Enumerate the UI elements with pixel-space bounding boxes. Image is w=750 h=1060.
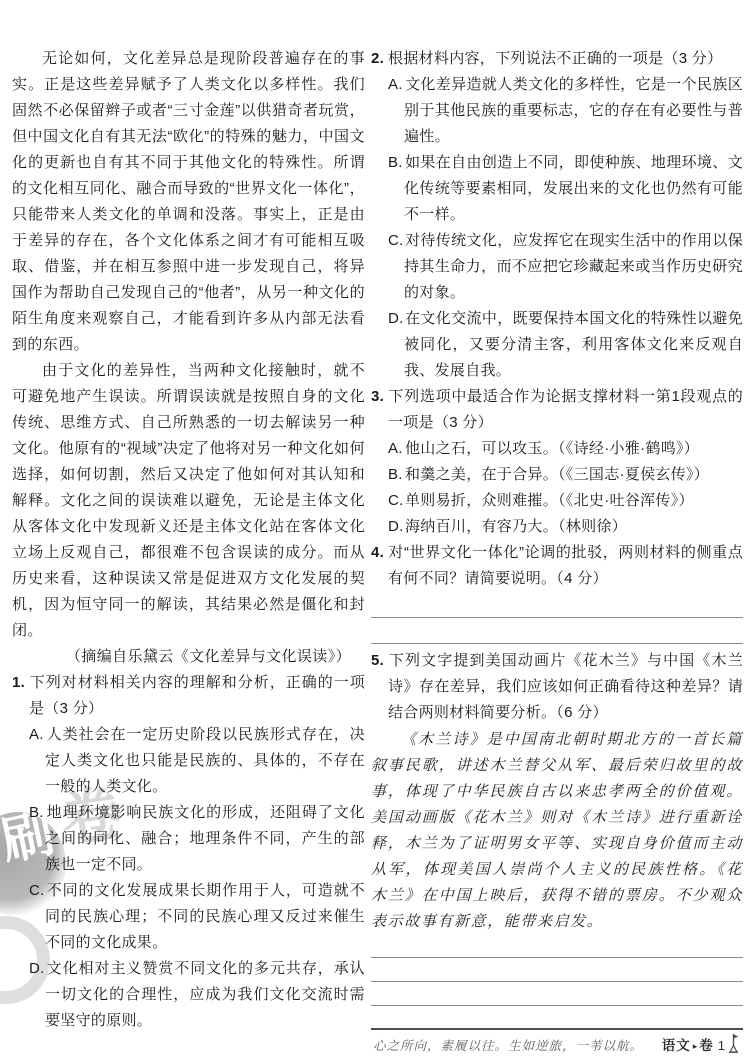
question-5-passage: 《木兰诗》是中国南北朝时期北方的一首长篇叙事民歌，讲述木兰替父从军、最后荣归故里… [371, 726, 743, 934]
question-1-option-d: D.文化相对主义赞赏不同文化的多元共存，承认一切文化的合理性，应成为我们文化交流… [12, 956, 365, 1034]
lighthouse-icon [728, 1033, 739, 1059]
question-2-option-b: B.如果在自由创造上不同，即使种族、地理环境、文化传统等要素相同，发展出来的文化… [371, 150, 743, 228]
option-c-label: C. [29, 878, 46, 904]
question-3-option-b: B.和羹之美，在于合异。（《三国志·夏侯玄传》） [371, 462, 743, 488]
question-4-text: 对“世界文化一体化”论调的批驳，两则材料的侧重点有何不同？请简要说明。（4 分） [388, 544, 743, 587]
option-a-text: 文化差异造就人类文化的多样性，它是一个民族区别于其他民族的重要标志，它的存在有必… [404, 76, 743, 145]
footer-page-label: 语文 ▸ 卷 1 [662, 1033, 739, 1059]
answer-line [371, 934, 743, 958]
material-paragraph-1: 无论如何，文化差异总是现阶段普遍存在的事实。正是这些差异赋予了人类文化以多样性。… [12, 46, 365, 358]
left-column: 无论如何，文化差异总是现阶段普遍存在的事实。正是这些差异赋予了人类文化以多样性。… [12, 46, 365, 1034]
option-d-label: D. [29, 956, 46, 982]
option-c-text: 不同的文化发展成果长期作用于人，可造就不同的民族心理；不同的民族心理又反过来催生… [45, 882, 365, 951]
option-b-text: 和羹之美，在于合异。（《三国志·夏侯玄传》） [405, 466, 709, 483]
material-attribution: （摘编自乐黛云《文化差异与文化误读》） [12, 644, 365, 670]
option-a-text: 人类社会在一定历史阶段以民族形式存在，决定人类文化也只能是民族的、具体的，不存在… [45, 726, 365, 795]
question-1: 1.下列对材料相关内容的理解和分析，正确的一项是（3 分） [12, 670, 365, 722]
answer-line [371, 618, 743, 644]
question-4-number: 4. [371, 540, 388, 566]
question-5-text: 下列文字提到美国动画片《花木兰》与中国《木兰诗》存在差异，我们应该如何正确看待这… [388, 652, 743, 721]
answer-line [371, 958, 743, 982]
question-2-text: 根据材料内容，下列说法不正确的一项是（3 分） [388, 50, 722, 67]
footer-volume-label: 卷 [699, 1036, 713, 1056]
option-c-label: C. [388, 488, 405, 514]
option-a-text: 他山之石，可以攻玉。（《诗经·小雅·鹤鸣》） [405, 440, 699, 457]
question-5-number: 5. [371, 648, 388, 674]
question-4: 4.对“世界文化一体化”论调的批驳，两则材料的侧重点有何不同？请简要说明。（4 … [371, 540, 743, 592]
footer-subject-label: 语文 [662, 1036, 691, 1056]
option-b-label: B. [388, 150, 405, 176]
material-paragraph-2: 由于文化的差异性，当两种文化接触时，就不可避免地产生误读。所谓误读就是按照自身的… [12, 358, 365, 644]
question-3-option-a: A.他山之石，可以攻玉。（《诗经·小雅·鹤鸣》） [371, 436, 743, 462]
right-column: 2.根据材料内容，下列说法不正确的一项是（3 分） A.文化差异造就人类文化的多… [371, 46, 743, 1060]
option-b-label: B. [388, 462, 405, 488]
option-a-label: A. [29, 722, 46, 748]
question-1-number: 1. [12, 670, 29, 696]
question-3: 3.下列选项中最适合作为论据支撑材料一第1段观点的一项是（3 分） [371, 384, 743, 436]
option-c-text: 对待传统文化，应发挥它在现实生活中的作用以保持其生命力，而不应把它珍藏起来或当作… [404, 232, 743, 301]
option-c-label: C. [388, 228, 405, 254]
page-footer: 心之所向，素履以往。生如逆旅，一苇以航。 语文 ▸ 卷 1 [371, 1028, 743, 1060]
option-a-label: A. [388, 72, 405, 98]
question-2-number: 2. [371, 46, 388, 72]
option-d-text: 海纳百川，有容乃大。（林则徐） [405, 518, 627, 535]
answer-line [371, 982, 743, 1006]
question-3-number: 3. [371, 384, 388, 410]
question-2-option-d: D.在文化交流中，既要保持本国文化的特殊性以避免被同化，又要分清主客，利用客体文… [371, 306, 743, 384]
question-3-option-d: D.海纳百川，有容乃大。（林则徐） [371, 514, 743, 540]
option-b-text: 地理环境影响民族文化的形成，还阻碍了文化之间的同化、融合；地理条件不同，产生的部… [45, 804, 365, 873]
option-d-text: 文化相对主义赞赏不同文化的多元共存，承认一切文化的合理性，应成为我们文化交流时需… [45, 960, 365, 1029]
option-b-text: 如果在自由创造上不同，即使种族、地理环境、文化传统等要素相同，发展出来的文化也仍… [404, 154, 743, 223]
option-d-label: D. [388, 306, 405, 332]
exam-page: { "colors": { "background": "#ffffff", "… [0, 0, 750, 1060]
option-c-text: 单则易折，众则难摧。（《北史·吐谷浑传》） [405, 492, 694, 509]
question-3-text: 下列选项中最适合作为论据支撑材料一第1段观点的一项是（3 分） [388, 388, 743, 431]
page-number: 1 [714, 1036, 725, 1056]
question-5: 5.下列文字提到美国动画片《花木兰》与中国《木兰诗》存在差异，我们应该如何正确看… [371, 648, 743, 726]
option-d-text: 在文化交流中，既要保持本国文化的特殊性以避免被同化，又要分清主客，利用客体文化来… [404, 310, 743, 379]
question-2: 2.根据材料内容，下列说法不正确的一项是（3 分） [371, 46, 743, 72]
footer-motto: 心之所向，素履以往。生如逆旅，一苇以航。 [373, 1036, 643, 1056]
arrow-right-icon: ▸ [692, 1036, 699, 1056]
option-a-label: A. [388, 436, 405, 462]
question-2-option-c: C.对待传统文化，应发挥它在现实生活中的作用以保持其生命力，而不应把它珍藏起来或… [371, 228, 743, 306]
question-3-option-c: C.单则易折，众则难摧。（《北史·吐谷浑传》） [371, 488, 743, 514]
option-b-label: B. [29, 800, 46, 826]
question-1-option-b: B.地理环境影响民族文化的形成，还阻碍了文化之间的同化、融合；地理条件不同，产生… [12, 800, 365, 878]
question-1-option-c: C.不同的文化发展成果长期作用于人，可造就不同的民族心理；不同的民族心理又反过来… [12, 878, 365, 956]
question-1-option-a: A.人类社会在一定历史阶段以民族形式存在，决定人类文化也只能是民族的、具体的，不… [12, 722, 365, 800]
question-2-option-a: A.文化差异造就人类文化的多样性，它是一个民族区别于其他民族的重要标志，它的存在… [371, 72, 743, 150]
question-1-text: 下列对材料相关内容的理解和分析，正确的一项是（3 分） [29, 674, 365, 717]
answer-line [371, 592, 743, 618]
option-d-label: D. [388, 514, 405, 540]
